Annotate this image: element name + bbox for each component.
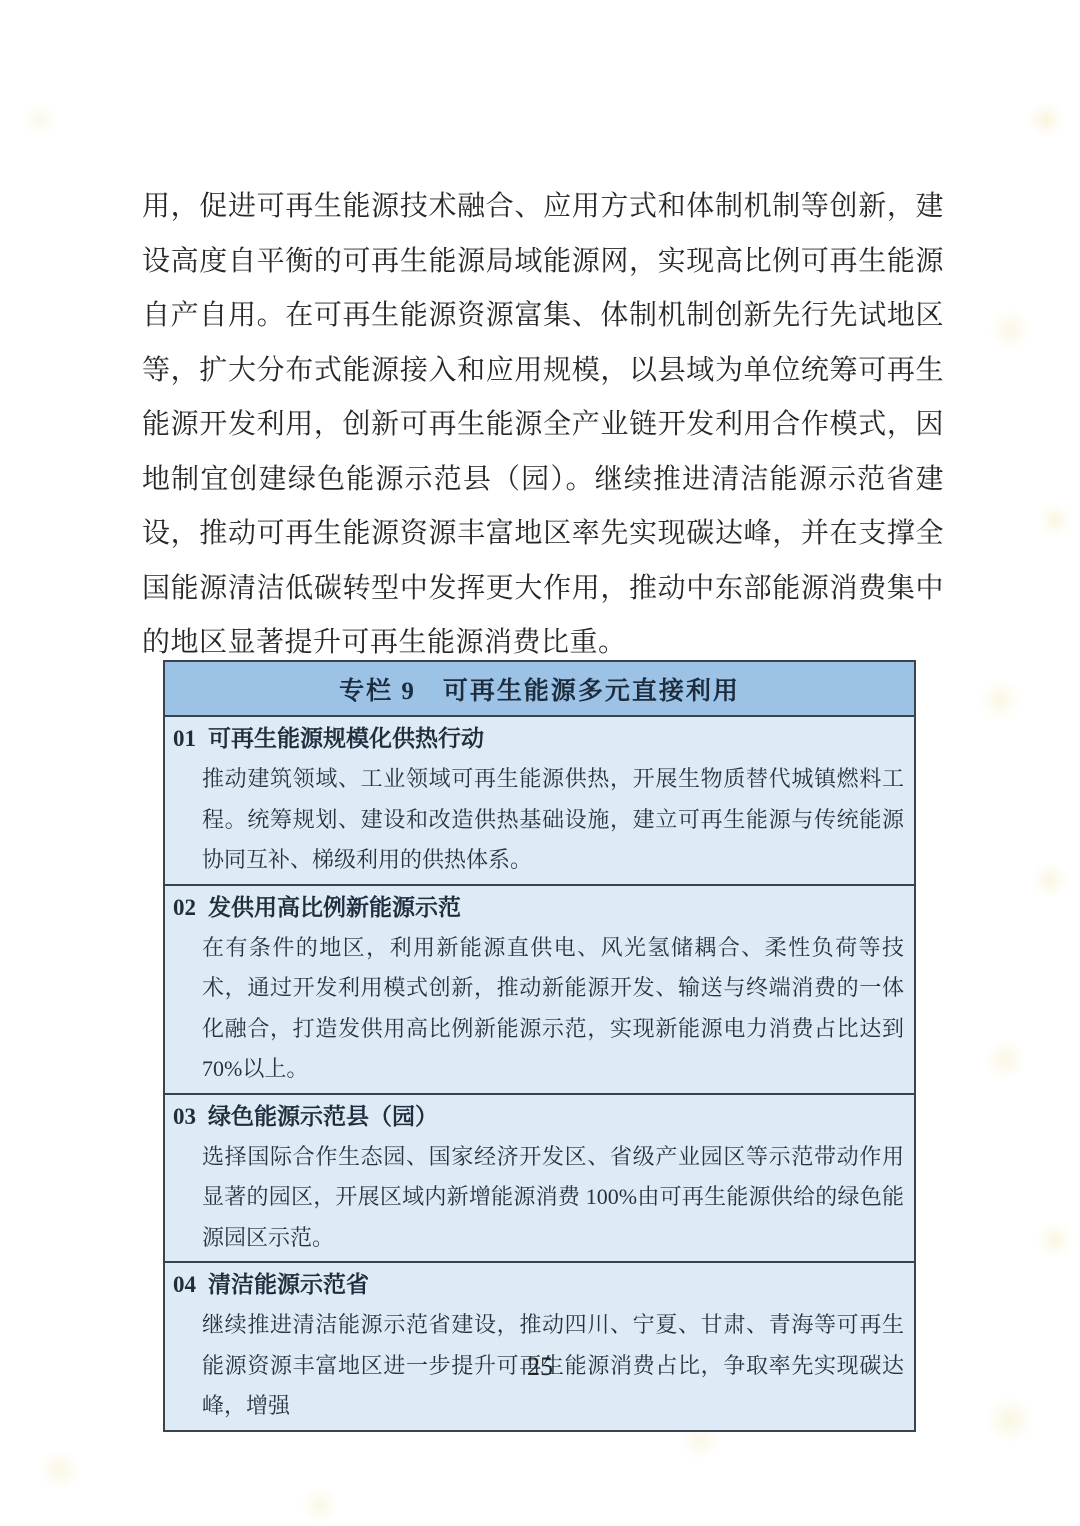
section-title-row: 01 可再生能源规模化供热行动	[173, 719, 904, 759]
section-title: 绿色能源示范县（园）	[208, 1097, 438, 1137]
section-title-row: 04 清洁能源示范省	[173, 1265, 904, 1305]
page-number: 25	[0, 1352, 1080, 1382]
document-page: 用，促进可再生能源技术融合、应用方式和体制机制等创新，建设高度自平衡的可再生能源…	[0, 0, 1080, 1526]
box-section-04: 04 清洁能源示范省 继续推进清洁能源示范省建设，推动四川、宁夏、甘肃、青海等可…	[165, 1261, 914, 1430]
feature-box-column-9: 专栏 9 可再生能源多元直接利用 01 可再生能源规模化供热行动 推动建筑领域、…	[163, 660, 916, 1432]
section-number: 04	[173, 1265, 208, 1305]
section-title-row: 02 发供用高比例新能源示范	[173, 888, 904, 928]
section-body: 选择国际合作生态园、国家经济开发区、省级产业园区等示范带动作用显著的园区，开展区…	[202, 1137, 904, 1259]
section-title: 发供用高比例新能源示范	[208, 888, 461, 928]
section-body: 在有条件的地区，利用新能源直供电、风光氢储耦合、柔性负荷等技术，通过开发利用模式…	[202, 928, 904, 1090]
section-number: 02	[173, 888, 208, 928]
box-section-03: 03 绿色能源示范县（园） 选择国际合作生态园、国家经济开发区、省级产业园区等示…	[165, 1093, 914, 1262]
section-title: 可再生能源规模化供热行动	[208, 719, 484, 759]
body-paragraph: 用，促进可再生能源技术融合、应用方式和体制机制等创新，建设高度自平衡的可再生能源…	[142, 180, 944, 671]
section-title: 清洁能源示范省	[208, 1265, 369, 1305]
box-section-01: 01 可再生能源规模化供热行动 推动建筑领域、工业领域可再生能源供热，开展生物质…	[165, 717, 914, 884]
section-number: 03	[173, 1097, 208, 1137]
section-body: 推动建筑领域、工业领域可再生能源供热，开展生物质替代城镇燃料工程。统筹规划、建设…	[202, 759, 904, 881]
section-title-row: 03 绿色能源示范县（园）	[173, 1097, 904, 1137]
box-section-02: 02 发供用高比例新能源示范 在有条件的地区，利用新能源直供电、风光氢储耦合、柔…	[165, 884, 914, 1093]
feature-box-title: 专栏 9 可再生能源多元直接利用	[165, 662, 914, 717]
section-number: 01	[173, 719, 208, 759]
